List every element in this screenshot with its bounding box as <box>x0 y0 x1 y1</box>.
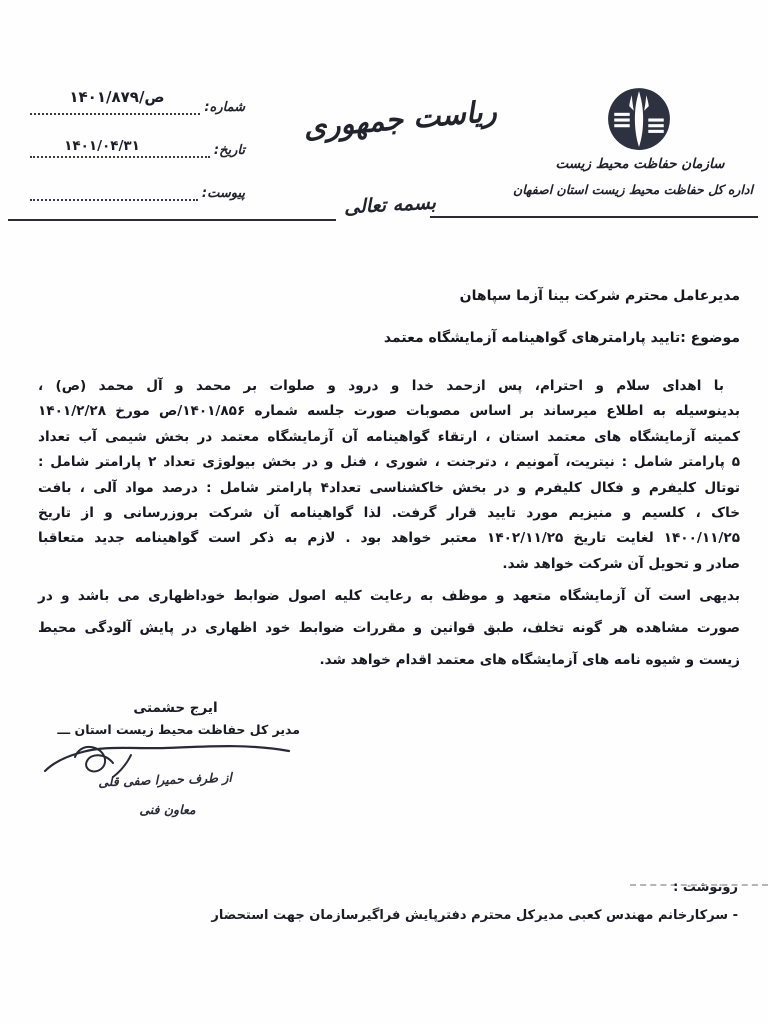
date-label: تاریخ: <box>214 143 245 158</box>
body-paragraph-2: بدیهی است آن آزمایشگاه متعهد و موظف به ر… <box>38 580 740 676</box>
signature-handwritten-title: معاون فنی <box>125 802 210 817</box>
subject-line: موضوع :تایید پارامترهای گواهینامه آزمایش… <box>384 330 740 346</box>
body-line: بدینوسیله به اطلاع میرساند بر اساس مصوبا… <box>38 399 740 424</box>
ref-number-dots <box>30 101 200 115</box>
presidency-title: ریاست جمهوری <box>294 93 506 145</box>
date-row: تاریخ: <box>30 143 245 158</box>
attachment-row: پیوست: <box>30 186 245 201</box>
cc-label: رونوشت : <box>673 880 738 895</box>
cc-item: - سرکارخانم مهندس کعبی مدیرکل محترم دفتر… <box>211 908 738 923</box>
doe-emblem-icon <box>606 86 672 152</box>
attachment-dots <box>30 187 198 201</box>
date-dots <box>30 144 210 158</box>
body-line: صورت مشاهده هر گونه تخلف، طبق قوانین و م… <box>38 612 740 644</box>
attachment-label: پیوست: <box>202 186 245 201</box>
body-line: توتال کلیفرم و فکال کلیفرم و در بخش خاکش… <box>38 476 740 501</box>
ref-number-label: شماره: <box>204 100 245 115</box>
recipient-line: مدیرعامل محترم شرکت بینا آزما سپاهان <box>460 288 740 304</box>
body-line: ۱۴۰۰/۱۱/۲۵ لغایت تاریخ ۱۴۰۲/۱۱/۲۵ معتبر … <box>38 526 740 551</box>
body-line: با اهدای سلام و احترام، پس ازحمد خدا و د… <box>38 374 740 399</box>
body-paragraph-1: با اهدای سلام و احترام، پس ازحمد خدا و د… <box>38 374 740 577</box>
letter-body: با اهدای سلام و احترام، پس ازحمد خدا و د… <box>38 374 740 676</box>
header-divider-left <box>8 219 336 221</box>
signatory-name: ایرج حشمتی <box>118 700 233 716</box>
org-name: سازمان حفاظت محیط زیست <box>528 156 752 172</box>
bismillah: بسمه تعالی <box>330 191 451 219</box>
org-dept: اداره کل حفاظت محیط زیست استان اصفهان <box>502 182 764 197</box>
ref-number-row: شماره: <box>30 100 245 115</box>
body-line: کمیته آزمایشگاه های معتمد استان ، ارتقاء… <box>38 425 740 450</box>
body-line: بدیهی است آن آزمایشگاه متعهد و موظف به ر… <box>38 580 740 612</box>
body-line: ۵ پارامتر شامل : نیتریت، آمونیم ، دترجنت… <box>38 450 740 475</box>
body-line: خاک ، کلسیم و منیزیم مورد تایید قرار گرف… <box>38 501 740 526</box>
body-line: زیست و شیوه نامه های آزمایشگاه های معتمد… <box>38 644 740 676</box>
header-divider-right <box>430 216 758 218</box>
body-line: صادر و تحویل آن شرکت خواهد شد. <box>38 552 740 577</box>
scanned-letter-page: ۱۴۰۱/۸۷۹/ص شماره: ۱۴۰۱/۰۴/۳۱ تاریخ: پیوس… <box>0 0 768 1024</box>
